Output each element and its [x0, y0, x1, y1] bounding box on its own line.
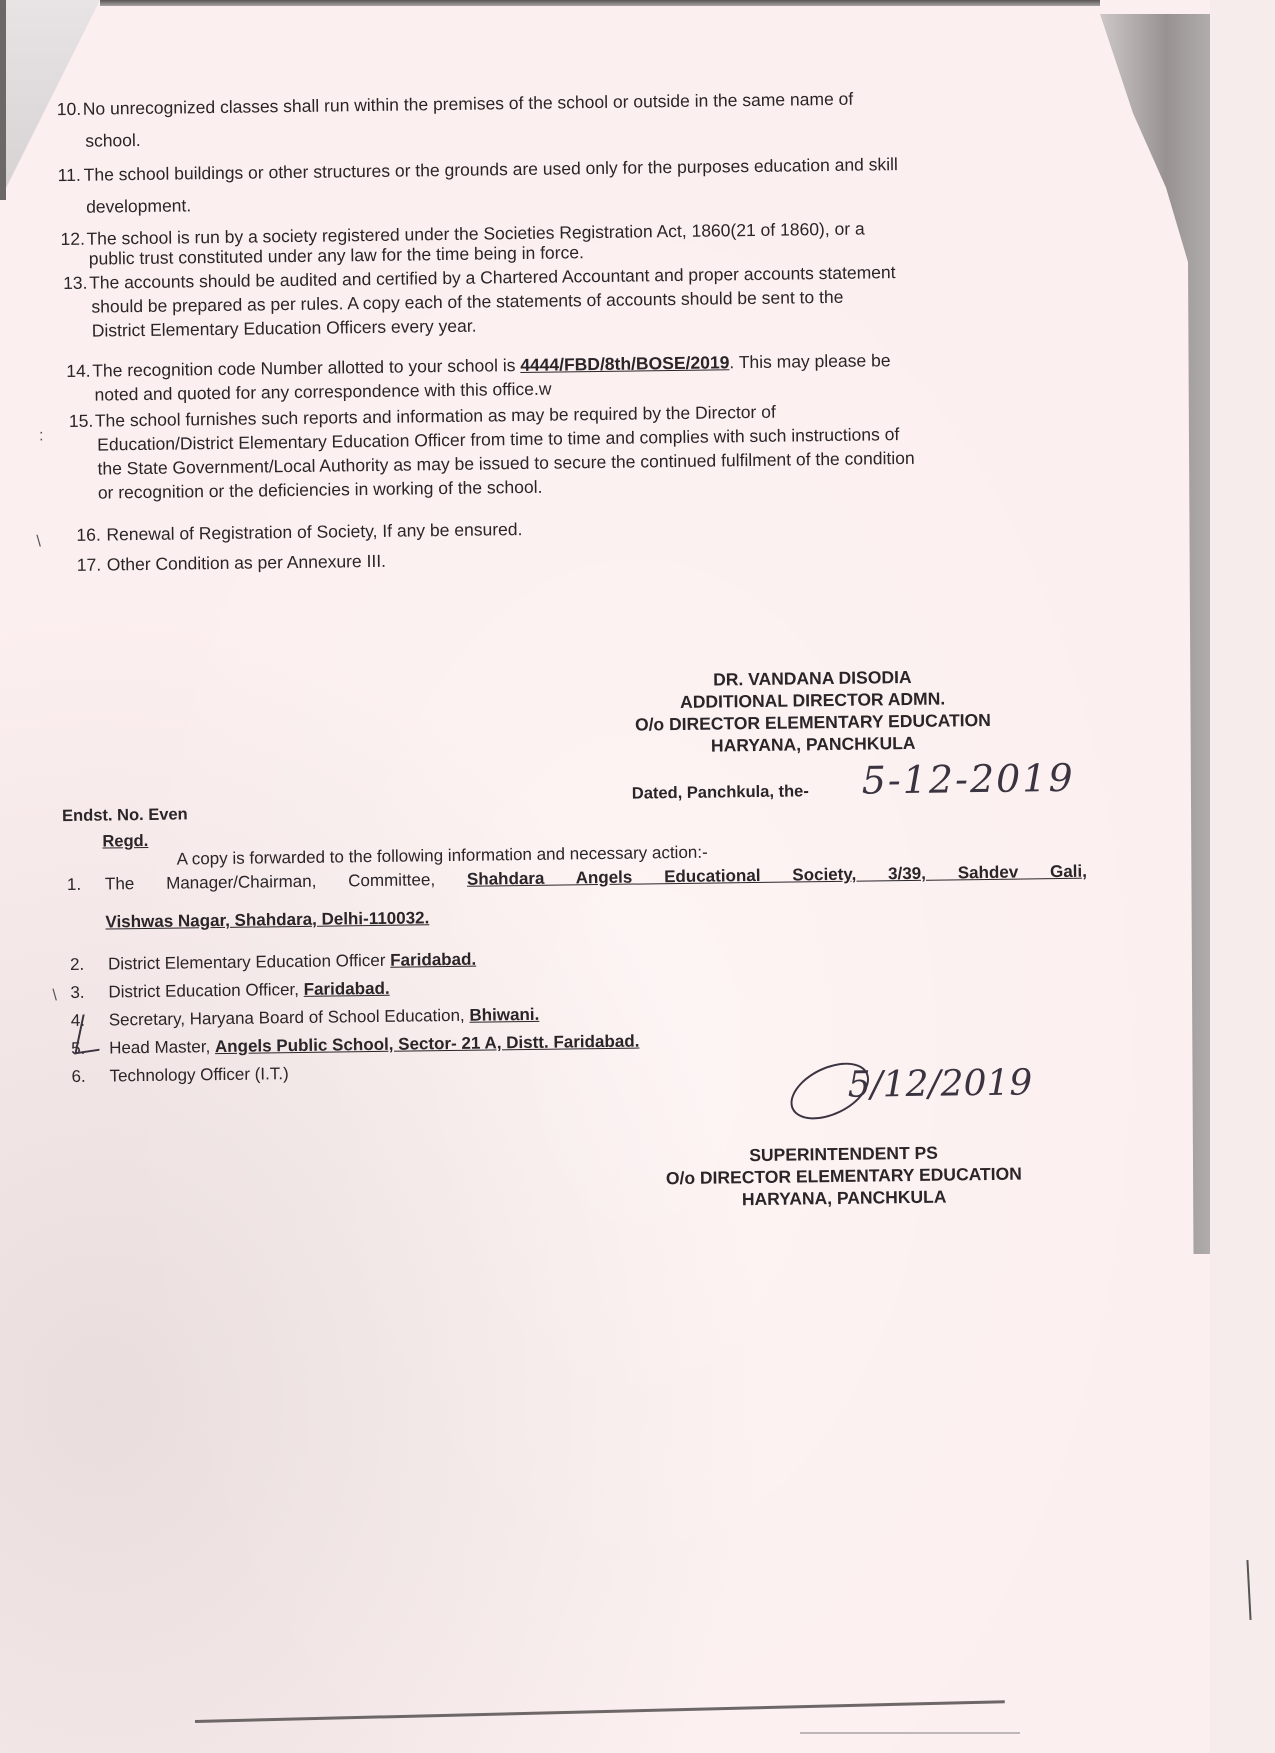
endorsement-number: Endst. No. Even: [62, 805, 188, 826]
scanned-page: 10.No unrecognized classes shall run wit…: [0, 0, 1275, 1753]
condition-text: . This may please be: [729, 350, 890, 372]
recipient-number: 3.: [70, 982, 108, 1002]
recipient-address: Shahdara Angels Educational Society, 3/3…: [467, 862, 1087, 889]
dated-label: Dated, Panchkula, the-: [632, 782, 809, 803]
recipient-text: Head Master,: [109, 1037, 215, 1057]
signature-scribble-icon: [782, 1051, 879, 1131]
condition-text: school.: [57, 119, 1017, 152]
second-signatory-block: SUPERINTENDENT PS O/o DIRECTOR ELEMENTAR…: [608, 1140, 1079, 1212]
recipient-text: The Manager/Chairman, Committee,: [105, 870, 467, 894]
handwritten-date: 5-12-2019: [861, 756, 1074, 803]
condition-number: 11.: [58, 165, 84, 185]
recipient-location: Faridabad.: [390, 950, 476, 970]
recipient-text: District Elementary Education Officer: [108, 951, 390, 974]
document-body: 10.No unrecognized classes shall run wit…: [0, 0, 1275, 1753]
recipient-2: 2.District Elementary Education Officer …: [70, 950, 476, 975]
condition-17: 17.Other Condition as per Annexure III.: [77, 546, 777, 575]
recipient-location: Faridabad.: [304, 979, 390, 999]
condition-number: 15.: [69, 411, 95, 431]
recipient-1: 1.The Manager/Chairman, Committee, Shahd…: [67, 862, 1088, 933]
endorsement-regd: Regd.: [102, 832, 148, 852]
recognition-code: 4444/FBD/8th/BOSE/2019: [520, 352, 729, 375]
condition-number: 12.: [60, 229, 86, 249]
margin-dot-mark: :: [39, 427, 44, 445]
recipient-number: 2.: [70, 954, 108, 974]
condition-text: No unrecognized classes shall run within…: [83, 89, 854, 119]
recipient-4: 4.Secretary, Haryana Board of School Edu…: [71, 1005, 540, 1031]
handwritten-signature-date: 5/12/2019: [847, 1062, 1032, 1105]
condition-10: 10.No unrecognized classes shall run wit…: [57, 87, 1018, 152]
recipient-text: Secretary, Haryana Board of School Educa…: [109, 1006, 470, 1030]
condition-13: 13.The accounts should be audited and ce…: [63, 260, 1074, 341]
recipient-text: District Education Officer,: [108, 980, 303, 1002]
condition-11: 11.The school buildings or other structu…: [58, 152, 1069, 217]
condition-number: 17.: [77, 554, 107, 574]
margin-tick-mark: \: [36, 533, 41, 551]
condition-text: Renewal of Registration of Society, If a…: [106, 519, 522, 544]
condition-text: The recognition code Number allotted to …: [92, 355, 520, 381]
condition-number: 16.: [76, 524, 106, 544]
condition-text: The school buildings or other structures…: [84, 154, 898, 185]
margin-tick-mark: \: [52, 987, 57, 1005]
condition-number: 10.: [57, 99, 83, 119]
recipient-address-line2: Vishwas Nagar, Shahdara, Delhi-110032.: [67, 900, 1087, 933]
recipient-location: Angels Public School, Sector- 21 A, Dist…: [215, 1032, 640, 1057]
recipient-3: 3.District Education Officer, Faridabad.: [70, 979, 389, 1003]
recipient-number: 1.: [67, 875, 105, 895]
signatory-block: DR. VANDANA DISODIA ADDITIONAL DIRECTOR …: [602, 664, 1023, 757]
recipient-6: 6.Technology Officer (I.T.): [71, 1064, 288, 1087]
recipient-5: 5.Head Master, Angels Public School, Sec…: [71, 1032, 639, 1059]
condition-number: 14.: [66, 361, 92, 381]
condition-15: 15.The school furnishes such reports and…: [69, 398, 1090, 503]
recipient-number: 6.: [71, 1066, 109, 1086]
condition-text: Other Condition as per Annexure III.: [107, 551, 386, 575]
condition-text: development.: [58, 184, 1068, 217]
recipient-location: Bhiwani.: [469, 1005, 539, 1025]
endorsement-intro: A copy is forwarded to the following inf…: [177, 843, 708, 870]
condition-16: 16.Renewal of Registration of Society, I…: [76, 516, 776, 545]
condition-number: 13.: [63, 273, 89, 293]
condition-14: 14.The recognition code Number allotted …: [66, 348, 1076, 405]
recipient-text: Technology Officer (I.T.): [109, 1064, 288, 1085]
